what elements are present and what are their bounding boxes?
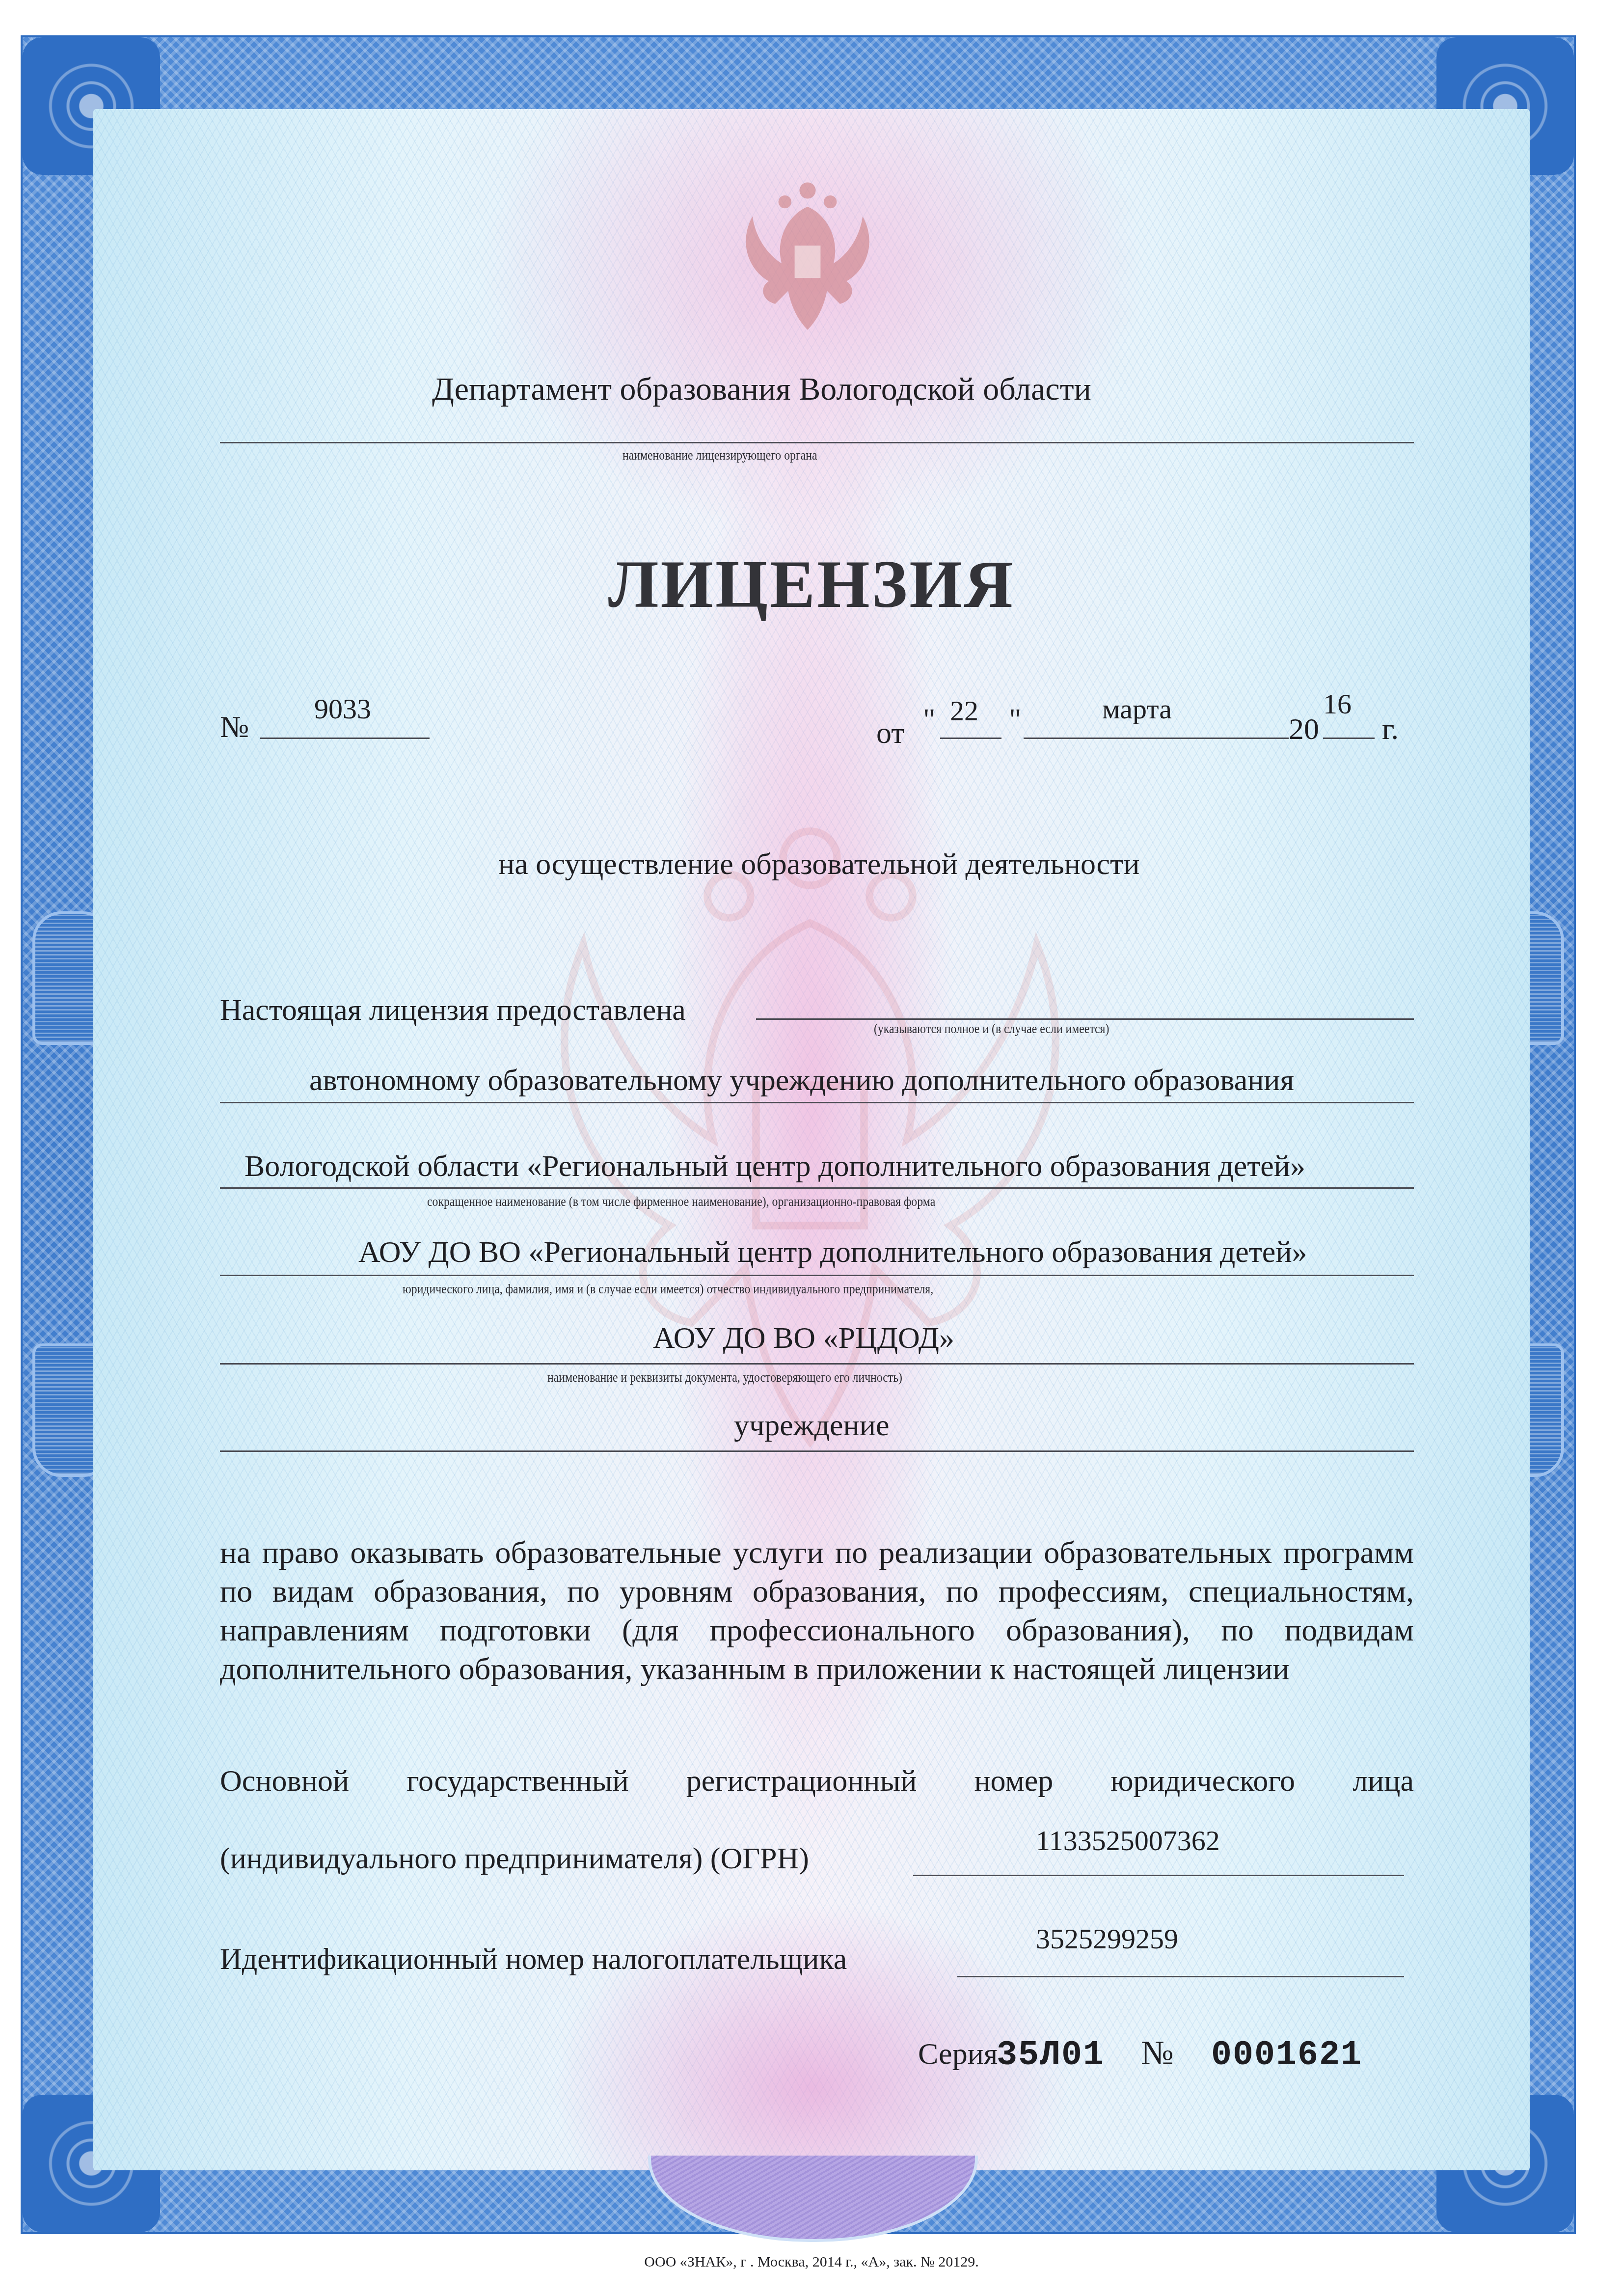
date-from-label: от	[876, 716, 904, 751]
caption-short-name: сокращенное наименование (в том числе фи…	[427, 1194, 935, 1209]
licensee-short-name: АОУ ДО ВО «Региональный центр дополнител…	[358, 1235, 1307, 1270]
year-underline	[1323, 738, 1375, 739]
licensee-org-form: учреждение	[734, 1408, 889, 1443]
form-number: 0001621	[1211, 2036, 1362, 2075]
day-underline	[940, 738, 1001, 739]
granted-label: Настоящая лицензия предоставлена	[220, 993, 686, 1028]
caption-legal-entity: юридического лица, фамилия, имя и (в слу…	[403, 1282, 933, 1297]
year-suffix: 16	[1323, 687, 1352, 720]
series-code: 35Л01	[997, 2036, 1105, 2075]
ogrn-underline	[913, 1875, 1404, 1876]
inn-label: Идентификационный номер налогоплательщик…	[220, 1942, 847, 1977]
inn-value: 3525299259	[1036, 1922, 1178, 1955]
ogrn-label-line2: (индивидуального предпринимателя) (ОГРН)	[220, 1841, 809, 1876]
russian-coat-of-arms-icon	[724, 174, 891, 336]
abbreviation-underline	[220, 1363, 1414, 1365]
issuer-underline	[220, 442, 1414, 443]
caption-full-name: (указываются полное и (в случае если име…	[874, 1021, 1109, 1037]
number-label: №	[220, 710, 249, 745]
caption-id-document: наименование и реквизиты документа, удос…	[547, 1370, 902, 1385]
issuing-authority: Департамент образования Вологодской обла…	[432, 371, 1091, 408]
date-quote-close: "	[1009, 702, 1021, 737]
date-month: марта	[1102, 692, 1172, 725]
date-day: 22	[950, 694, 978, 727]
series-number-label: №	[1141, 2034, 1175, 2072]
inn-underline	[957, 1976, 1404, 1977]
document-title: ЛИЦЕНЗИЯ	[0, 545, 1623, 623]
licensee-abbreviation: АОУ ДО ВО «РЦДОД»	[653, 1321, 954, 1356]
license-purpose: на осуществление образовательной деятель…	[498, 847, 1139, 882]
ogrn-value: 1133525007362	[1036, 1824, 1220, 1857]
printer-imprint: ООО «ЗНАК», г . Москва, 2014 г., «А», за…	[0, 2254, 1623, 2270]
series-number: 35Л01 № 0001621	[997, 2034, 1362, 2075]
series-label: Серия	[918, 2037, 998, 2072]
full-name-line2-underline	[220, 1187, 1414, 1189]
issuer-caption: наименование лицензирующего органа	[622, 448, 817, 463]
license-number: 9033	[314, 692, 371, 725]
date-quote-open: "	[923, 702, 935, 737]
month-underline	[1024, 738, 1289, 739]
licensee-full-name-line1: автономному образовательному учреждению …	[309, 1063, 1294, 1098]
org-form-underline	[220, 1450, 1414, 1452]
rights-paragraph: на право оказывать образовательные услуг…	[220, 1533, 1414, 1688]
number-underline	[260, 738, 430, 739]
licensee-full-name-line2: Вологодской области «Региональный центр …	[244, 1149, 1305, 1184]
year-prefix: 20	[1289, 712, 1319, 747]
full-name-line1-underline	[220, 1102, 1414, 1103]
year-label: г.	[1382, 712, 1399, 747]
granted-underline	[756, 1018, 1414, 1020]
ogrn-label-line1: Основной государственный регистрационный…	[220, 1764, 1414, 1799]
short-name-underline	[220, 1275, 1414, 1276]
